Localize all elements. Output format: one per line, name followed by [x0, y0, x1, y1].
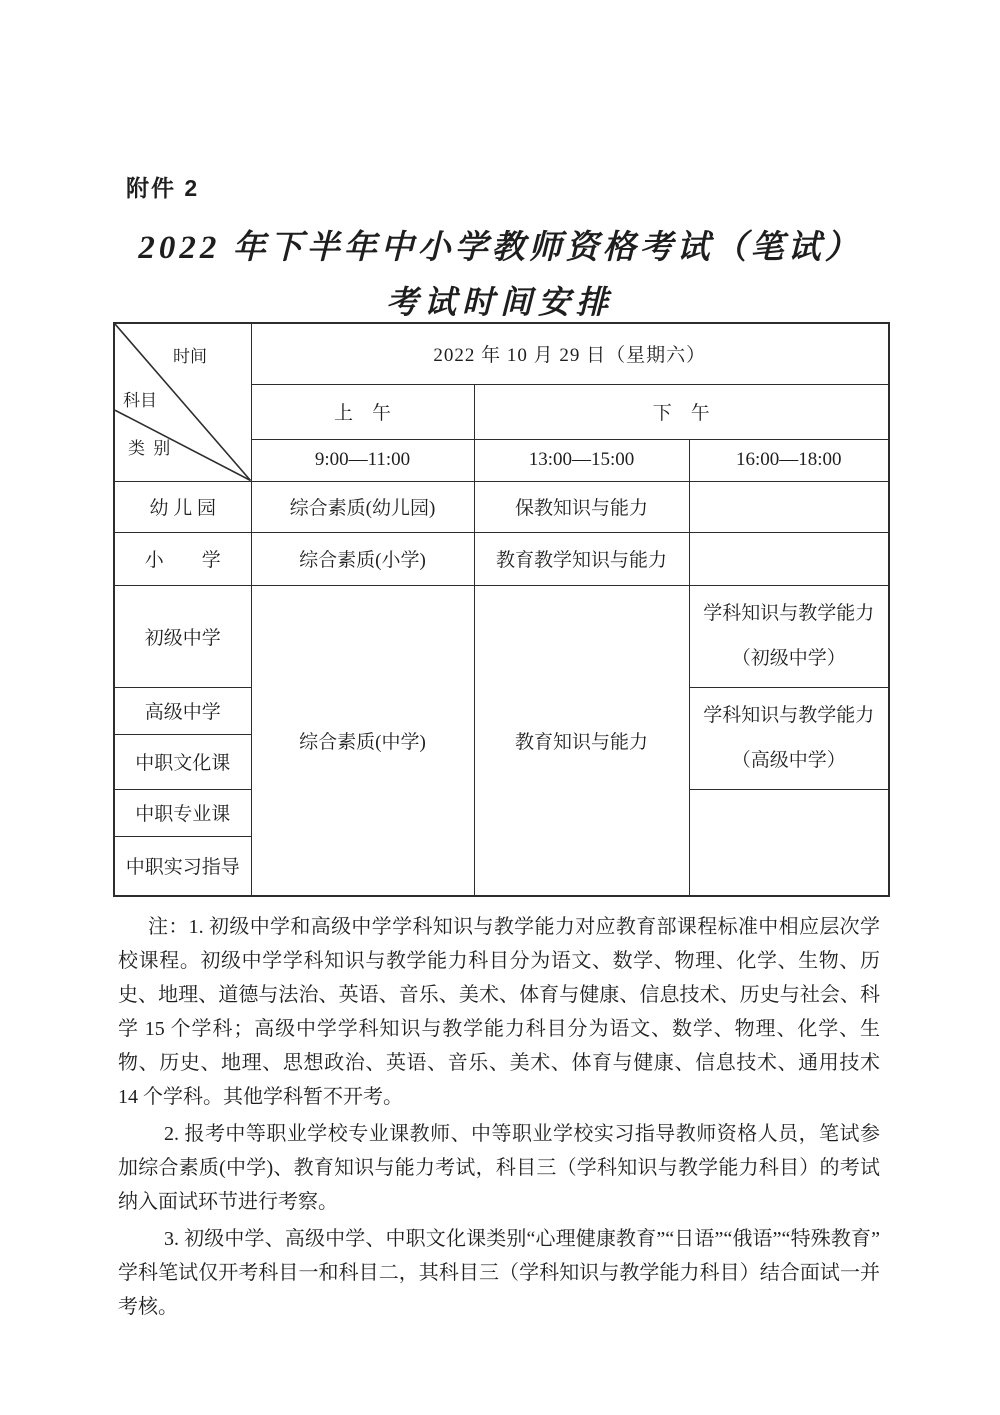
- subject-knowledge-junior-line1: 学科知识与教学能力: [692, 591, 887, 636]
- category-junior-middle: 初级中学: [114, 585, 251, 687]
- exam-schedule-table: 时间 科目 类 别 2022 年 10 月 29 日（星期六） 上 午 下 午 …: [113, 322, 890, 897]
- corner-label-subject: 科目: [123, 386, 157, 411]
- time-slot-afternoon1: 13:00—15:00: [474, 439, 689, 481]
- corner-label-category: 类 别: [128, 434, 172, 459]
- document-page: { "page": { "attachment_label": "附件 2", …: [0, 0, 1000, 1415]
- note-2: 2. 报考中等职业学校专业课教师、中等职业学校实习指导教师资格人员，笔试参加综合…: [118, 1117, 880, 1219]
- header-row-date: 时间 科目 类 别 2022 年 10 月 29 日（星期六）: [114, 323, 889, 384]
- exam-date-header: 2022 年 10 月 29 日（星期六）: [251, 323, 889, 384]
- category-primary: 小 学: [114, 532, 251, 585]
- row-kindergarten: 幼 儿 园 综合素质(幼儿园) 保教知识与能力: [114, 481, 889, 532]
- corner-label-time: 时间: [173, 342, 207, 367]
- empty-cell-primary: [689, 532, 889, 585]
- time-slot-afternoon2: 16:00—18:00: [689, 439, 889, 481]
- corner-header-cell: 时间 科目 类 别: [114, 323, 251, 481]
- category-kindergarten: 幼 儿 园: [114, 481, 251, 532]
- subject-knowledge-senior-line2: （高级中学）: [692, 738, 887, 783]
- subject-secondary-afternoon-merged: 教育知识与能力: [474, 585, 689, 896]
- empty-cell-vocational: [689, 789, 889, 896]
- subject-knowledge-junior: 学科知识与教学能力 （初级中学）: [689, 585, 889, 687]
- category-vocational-major: 中职专业课: [114, 789, 251, 836]
- subject-primary-morning: 综合素质(小学): [251, 532, 474, 585]
- notes-section: 注：1. 初级中学和高级中学学科知识与教学能力对应教育部课程标准中相应层次学校课…: [118, 910, 880, 1324]
- session-afternoon-header: 下 午: [474, 384, 889, 439]
- subject-kindergarten-morning: 综合素质(幼儿园): [251, 481, 474, 532]
- subject-knowledge-junior-line2: （初级中学）: [692, 636, 887, 681]
- document-title-line2: 考试时间安排: [0, 277, 1000, 323]
- note-1: 注：1. 初级中学和高级中学学科知识与教学能力对应教育部课程标准中相应层次学校课…: [118, 910, 880, 1114]
- subject-kindergarten-afternoon: 保教知识与能力: [474, 481, 689, 532]
- category-vocational-culture: 中职文化课: [114, 734, 251, 789]
- row-junior-middle: 初级中学 综合素质(中学) 教育知识与能力 学科知识与教学能力 （初级中学）: [114, 585, 889, 687]
- document-title-line1: 2022 年下半年中小学教师资格考试（笔试）: [0, 221, 1000, 268]
- subject-primary-afternoon: 教育教学知识与能力: [474, 532, 689, 585]
- category-vocational-intern: 中职实习指导: [114, 836, 251, 896]
- row-primary: 小 学 综合素质(小学) 教育教学知识与能力: [114, 532, 889, 585]
- subject-secondary-morning-merged: 综合素质(中学): [251, 585, 474, 896]
- category-senior-middle: 高级中学: [114, 687, 251, 734]
- empty-cell-kindergarten: [689, 481, 889, 532]
- attachment-label: 附件 2: [126, 170, 199, 203]
- subject-knowledge-senior: 学科知识与教学能力 （高级中学）: [689, 687, 889, 789]
- session-morning-header: 上 午: [251, 384, 474, 439]
- time-slot-morning: 9:00—11:00: [251, 439, 474, 481]
- subject-knowledge-senior-line1: 学科知识与教学能力: [692, 693, 887, 738]
- note-3: 3. 初级中学、高级中学、中职文化课类别“心理健康教育”“日语”“俄语”“特殊教…: [118, 1222, 880, 1324]
